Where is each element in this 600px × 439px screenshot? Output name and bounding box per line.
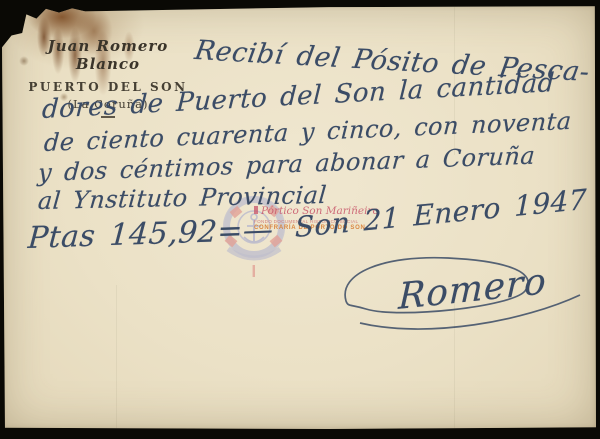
- signature: Romero: [332, 249, 588, 345]
- scanned-receipt-photo: Juan Romero Blanco PUERTO DEL SON (La Co…: [0, 0, 600, 439]
- amount-pesetas: Ptas 145,92=—: [27, 212, 275, 256]
- paper-fold-line: [116, 285, 117, 429]
- place-and-date: Son 21 Enero 1947: [295, 183, 587, 244]
- receipt-paper: Juan Romero Blanco PUERTO DEL SON (La Co…: [2, 5, 596, 429]
- letterhead-name: Juan Romero Blanco: [22, 37, 194, 73]
- handwritten-line-5: al Ynstituto Provincial: [37, 181, 328, 215]
